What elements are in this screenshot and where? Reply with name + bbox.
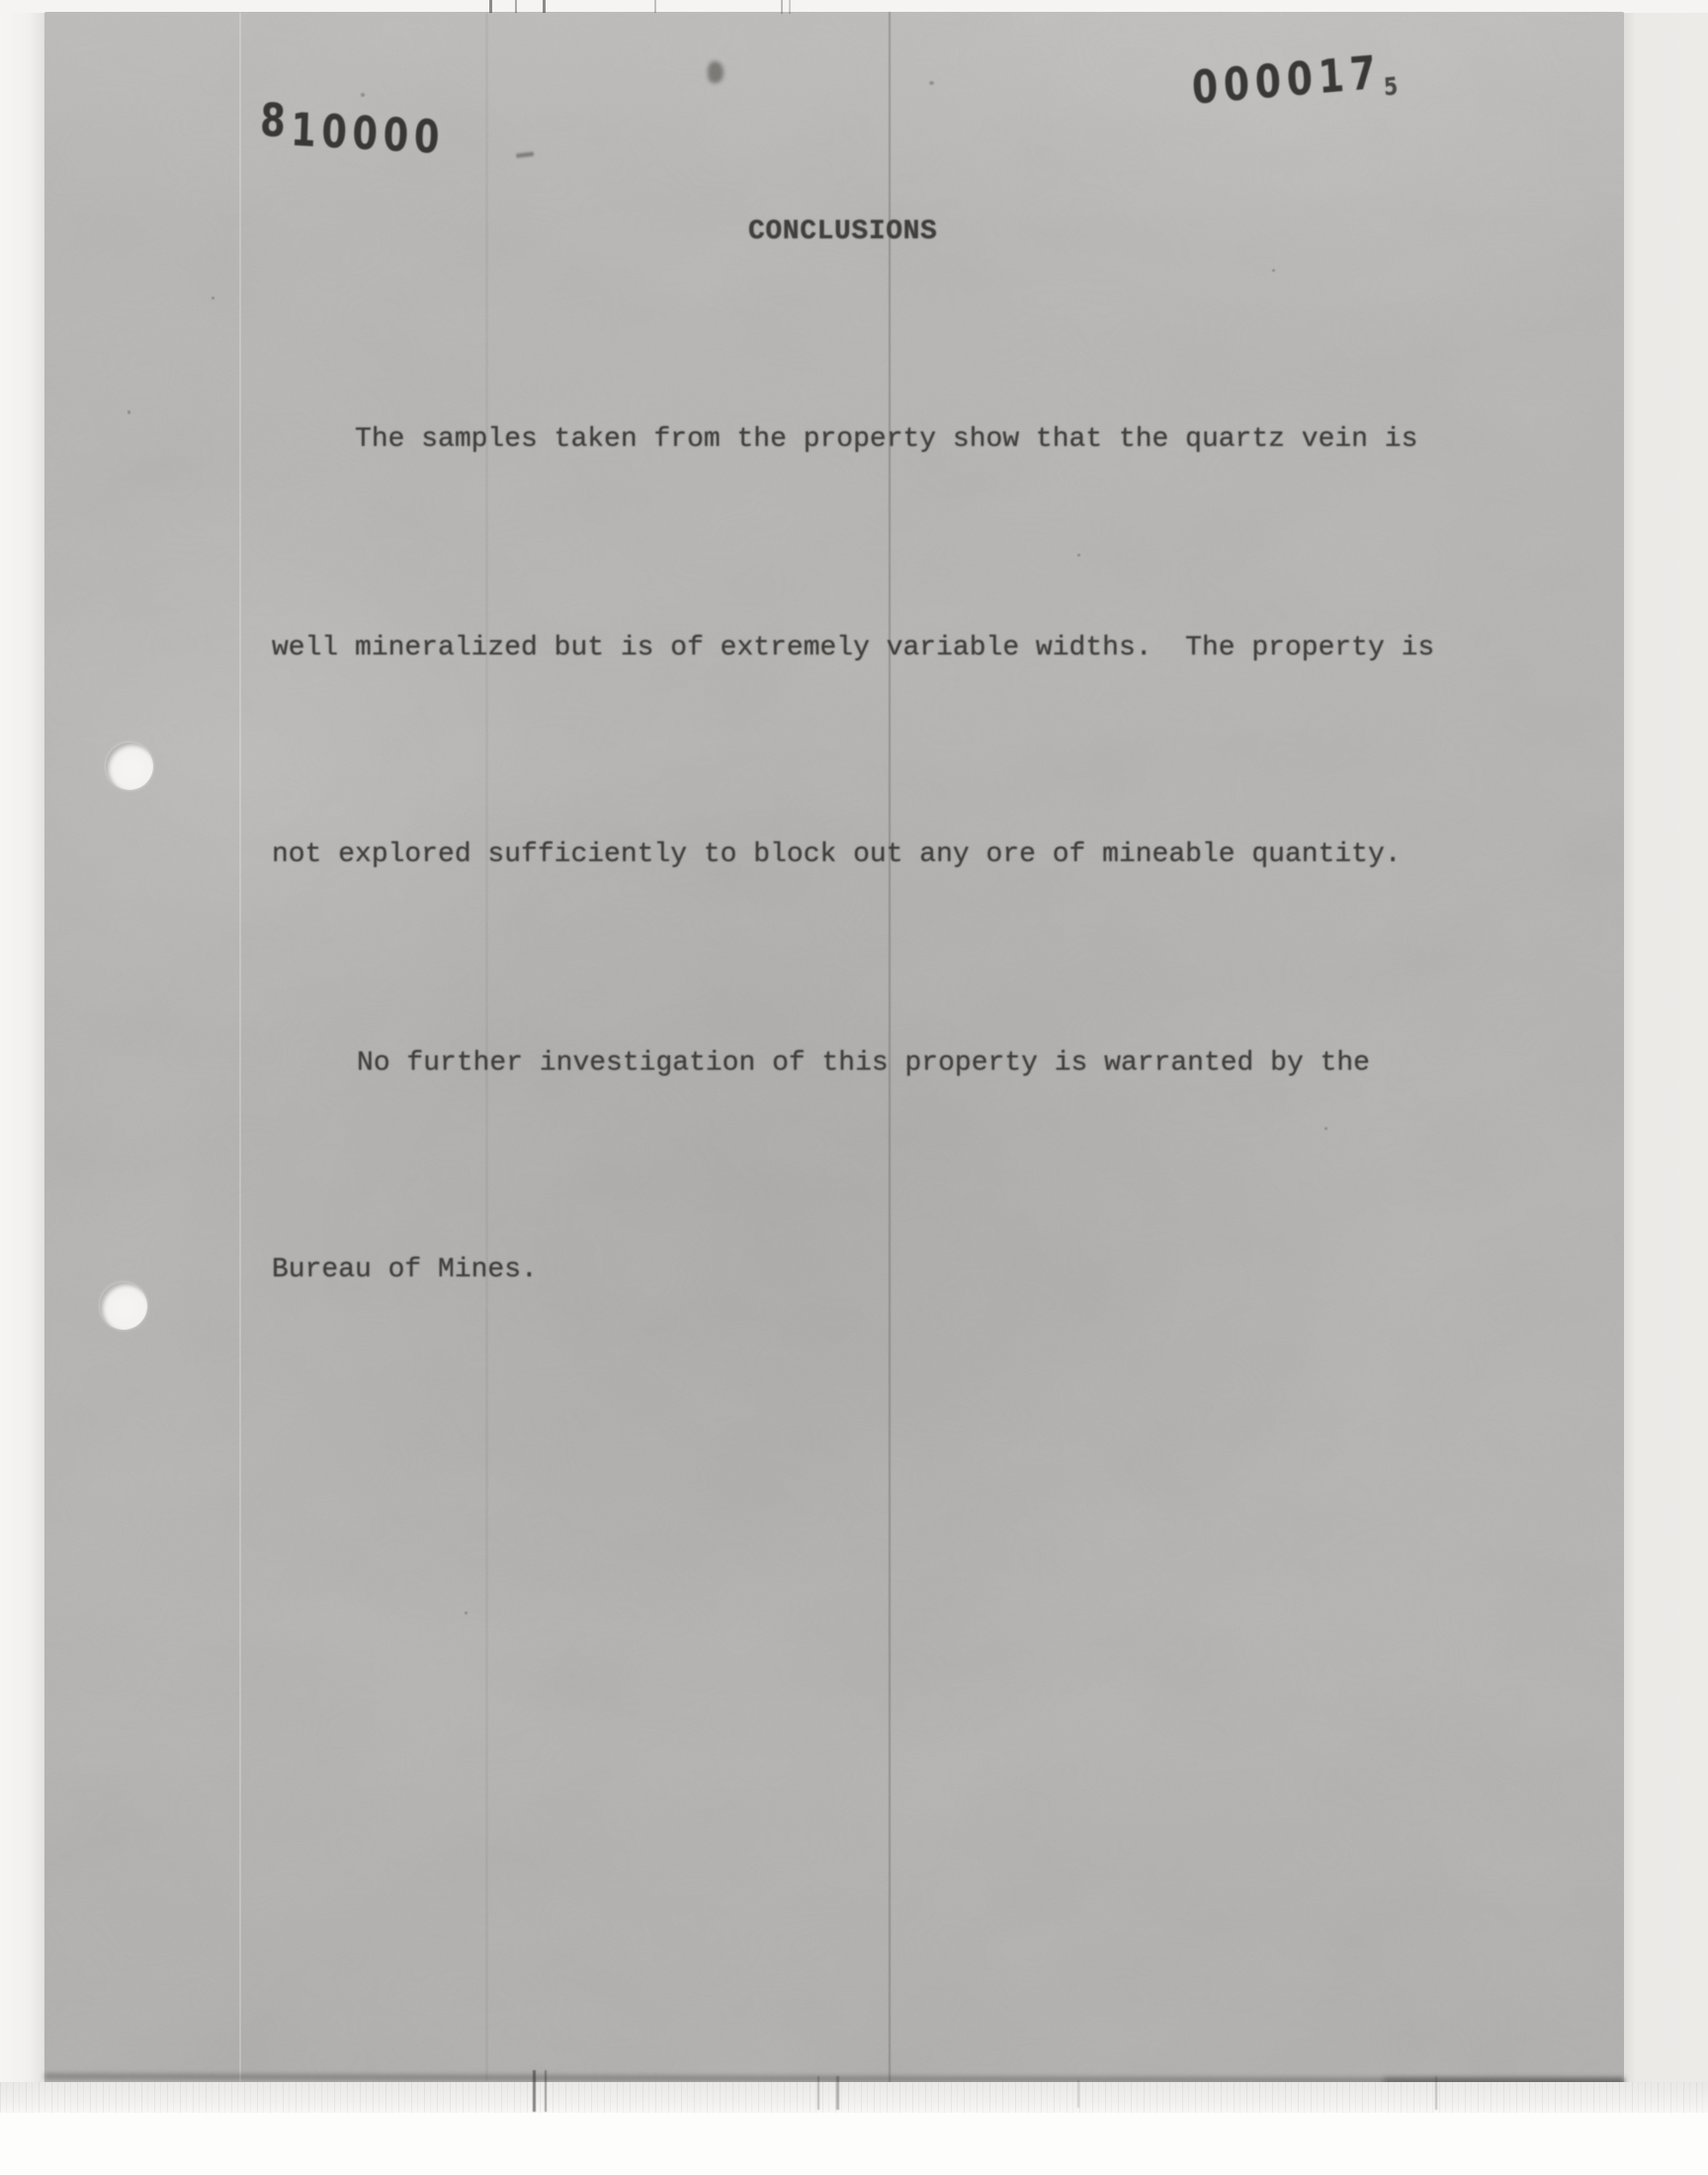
- scanned-document-page: 810000 0000175 CONCLUSIONS The samples t…: [0, 0, 1708, 2175]
- stamp-rest-digits: 10000: [290, 103, 446, 164]
- scanner-edge-mark: [654, 0, 656, 13]
- paper-speck: [361, 93, 365, 97]
- hole-punch-bottom: [100, 1282, 147, 1330]
- scanner-edge-mark: [1077, 2080, 1079, 2108]
- scanner-edge-mark: [781, 0, 783, 14]
- scanner-edge-mark: [545, 2070, 547, 2112]
- scanner-margin-bottom: [0, 2113, 1708, 2175]
- scanner-bottom-band: [0, 2082, 1708, 2114]
- text-line: The samples taken from the property show…: [272, 405, 1478, 475]
- stamp-suffix-digit: 5: [1383, 71, 1405, 102]
- scanner-margin-right: [1622, 0, 1708, 2116]
- scanner-edge-mark: [543, 0, 546, 13]
- paper-speck: [929, 81, 934, 85]
- paper-speck: [465, 1611, 468, 1614]
- text-line: Bureau of Mines.: [272, 1236, 1478, 1305]
- scanner-edge-mark: [789, 0, 791, 14]
- page-title: CONCLUSIONS: [748, 217, 937, 247]
- scanner-streak-light: [239, 13, 241, 2081]
- scanner-margin-left: [0, 13, 46, 2099]
- scanner-edge-mark: [1435, 2076, 1437, 2110]
- scanner-edge-mark: [836, 2076, 839, 2110]
- scanner-edge-mark: [817, 2076, 819, 2110]
- text-line: No further investigation of this propert…: [274, 1029, 1480, 1098]
- text-line: not explored sufficiently to block out a…: [272, 821, 1478, 890]
- stamp-lead-digit: 8: [259, 93, 292, 148]
- scanner-edge-mark: [533, 2070, 536, 2112]
- paper-speck: [212, 297, 214, 300]
- scanner-edge-mark: [489, 0, 492, 13]
- text-line: well mineralized but is of extremely var…: [272, 614, 1478, 683]
- ink-smudge: [708, 61, 724, 83]
- hole-punch-top: [106, 742, 153, 790]
- scanner-edge-mark: [515, 0, 517, 13]
- stamp-number-top-left: 810000: [259, 101, 446, 164]
- typed-paragraphs: The samples taken from the property show…: [272, 267, 1478, 1443]
- paper-speck: [128, 410, 130, 414]
